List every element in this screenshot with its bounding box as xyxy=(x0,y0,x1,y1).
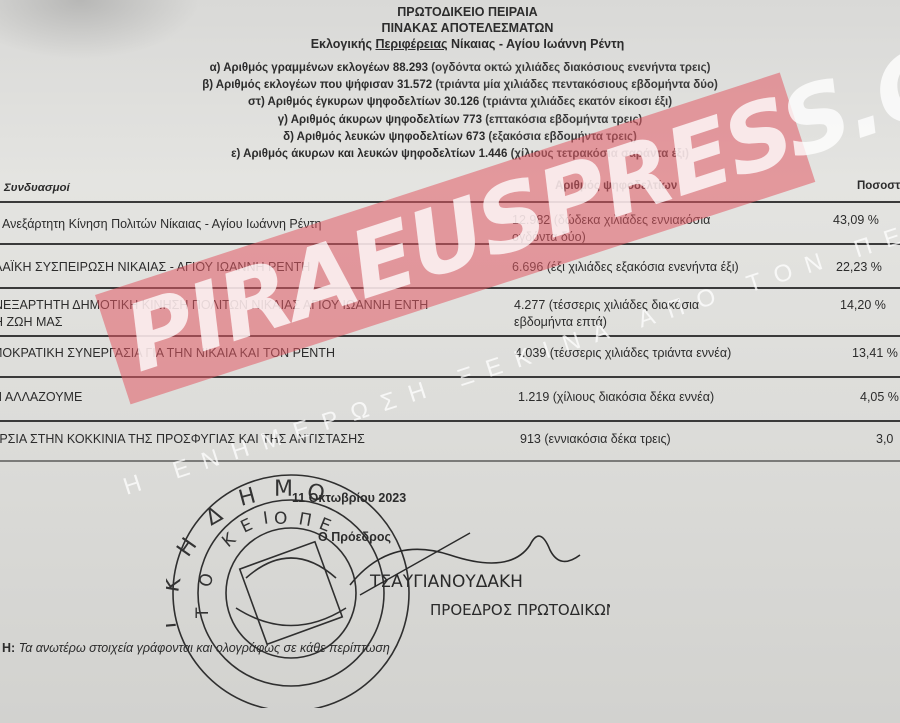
svg-text:Ι: Ι xyxy=(166,621,182,630)
vote-count: 12.982 (δώδεκα χιλιάδες εννιακόσια ογδόν… xyxy=(512,212,747,246)
party-name: Ανεξάρτητη Κίνηση Πολιτών Νίκαιας - Αγίο… xyxy=(2,216,442,233)
stat-line: στ) Αριθμός έγκυρων ψηφοδελτίων 30.126 (… xyxy=(0,94,900,111)
table-divider xyxy=(0,420,900,422)
signatory-name: ΤΣΑΥΓΙΑΝΟΥΔΑΚΗ xyxy=(369,572,523,592)
document-date: 11 Οκτωβρίου 2023 xyxy=(292,491,406,505)
vote-percentage: 13,41 % xyxy=(852,345,898,362)
results-table-header: Συνδυασμοί Αριθμός ψηφοδελτίων Ποσοστ xyxy=(0,178,900,200)
svg-text:Ι: Ι xyxy=(262,508,270,529)
svg-text:Ο: Ο xyxy=(274,509,287,529)
signatory-role: ΠΡΟΕΔΡΟΣ ΠΡΩΤΟΔΙΚΩΝ xyxy=(430,601,610,619)
stat-line: ε) Αριθμός άκυρων και λευκών ψηφοδελτίων… xyxy=(0,146,900,163)
header-percentage: Ποσοστ xyxy=(857,180,900,192)
svg-text:Δ: Δ xyxy=(202,502,228,531)
district-underlined: Περιφέρειας xyxy=(375,37,447,51)
stat-line: δ) Αριθμός λευκών ψηφοδελτίων 673 (εξακό… xyxy=(0,129,900,146)
svg-text:Τ: Τ xyxy=(193,607,213,619)
vote-percentage: 3,0 xyxy=(876,431,893,448)
header-votes: Αριθμός ψηφοδελτίων xyxy=(555,180,677,192)
vote-percentage: 43,09 % xyxy=(833,212,879,229)
header-parties: Συνδυασμοί xyxy=(4,182,70,194)
footnote: Η: Τα ανωτέρω στοιχεία γράφονται και ολο… xyxy=(2,641,390,655)
court-name: ΠΡΩΤΟΔΙΚΕΙΟ ΠΕΙΡΑΙΑ xyxy=(0,4,900,20)
table-divider xyxy=(0,460,900,462)
table-divider xyxy=(0,243,900,245)
party-name: ΝΕΞΑΡΤΗΤΗ ΔΗΜΟΤΙΚΗ ΚΙΝΗΣΗ ΠΟΛΙΤΩΝ ΝΙΚΑΙΑ… xyxy=(0,297,430,331)
table-divider xyxy=(0,201,900,203)
party-name: ΛΑΪΚΗ ΣΥΣΠΕΙΡΩΣΗ ΝΙΚΑΙΑΣ - ΑΓΙΟΥ ΙΩΑΝΝΗ … xyxy=(0,259,434,276)
handwritten-signature-icon: ΤΣΑΥΓΙΑΝΟΥΔΑΚΗ ΠΡΟΕΔΡΟΣ ΠΡΩΤΟΔΙΚΩΝ xyxy=(330,515,610,625)
svg-text:Π: Π xyxy=(297,509,313,531)
district-rest: Νίκαιας - Αγίου Ιωάννη Ρέντη xyxy=(451,37,624,51)
party-name: ΜΟΚΡΑΤΙΚΗ ΣΥΝΕΡΓΑΣΙΑ ΓΙΑ ΤΗΝ ΝΙΚΑΙΑ ΚΑΙ … xyxy=(0,345,432,362)
stat-line: α) Αριθμός γραμμένων εκλογέων 88.293 (ογ… xyxy=(0,60,900,77)
svg-text:Μ: Μ xyxy=(274,477,293,502)
vote-count: 913 (εννιακόσια δέκα τρεις) xyxy=(520,431,820,448)
document-header: ΠΡΩΤΟΔΙΚΕΙΟ ΠΕΙΡΑΙΑ ΠΙΝΑΚΑΣ ΑΠΟΤΕΛΕΣΜΑΤΩ… xyxy=(0,4,900,53)
document-title: ΠΙΝΑΚΑΣ ΑΠΟΤΕΛΕΣΜΑΤΩΝ xyxy=(0,20,900,36)
footnote-text: Τα ανωτέρω στοιχεία γράφονται και ολογρά… xyxy=(19,641,390,655)
vote-statistics: α) Αριθμός γραμμένων εκλογέων 88.293 (ογ… xyxy=(0,60,900,163)
footnote-label: Η: xyxy=(2,641,15,655)
district-line: Εκλογικής Περιφέρειας Νίκαιας - Αγίου Ιω… xyxy=(0,36,900,53)
vote-percentage: 4,05 % xyxy=(860,389,899,406)
vote-percentage: 14,20 % xyxy=(840,297,886,314)
vote-count: 6.696 (έξι χιλιάδες εξακόσια ενενήντα έξ… xyxy=(512,259,747,276)
stat-line: γ) Αριθμός άκυρων ψηφοδελτίων 773 (επτακ… xyxy=(0,112,900,129)
district-prefix: Εκλογικής xyxy=(311,37,372,51)
stat-line: β) Αριθμός εκλογέων που ψήφισαν 31.572 (… xyxy=(0,77,900,94)
table-divider xyxy=(0,335,900,337)
svg-text:Η: Η xyxy=(236,483,258,511)
vote-count: 1.219 (χίλιους διακόσια δέκα εννέα) xyxy=(518,389,818,406)
svg-text:Η: Η xyxy=(172,534,202,562)
svg-text:Ε: Ε xyxy=(238,515,256,538)
svg-text:Κ: Κ xyxy=(218,529,240,552)
svg-text:Κ: Κ xyxy=(166,575,187,594)
